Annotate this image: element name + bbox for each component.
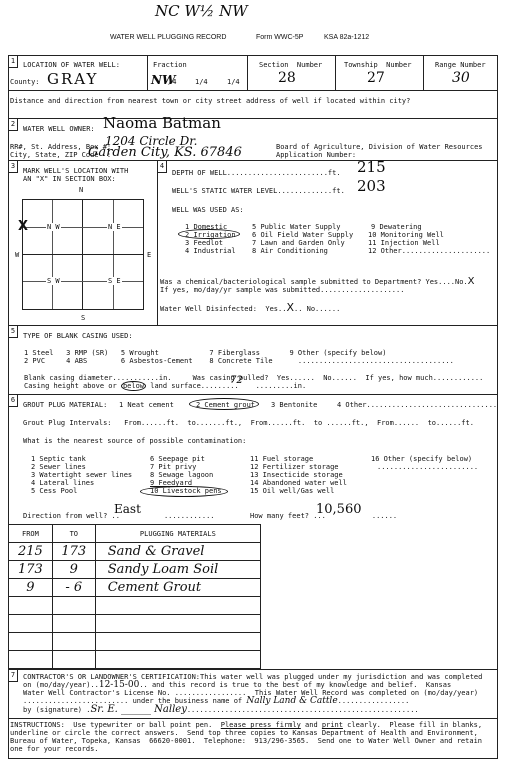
compass-west: W bbox=[15, 251, 19, 259]
quadrant-ne-label: N E bbox=[107, 223, 122, 231]
contamination-column-3: 11 Fuel storage 12 Fertilizer storage 13… bbox=[250, 455, 347, 495]
contam-option[interactable]: 15 Oil well/Gas well bbox=[250, 487, 347, 495]
cell-to[interactable]: 173 bbox=[52, 543, 95, 561]
cell-material[interactable] bbox=[95, 651, 260, 669]
cell-to[interactable] bbox=[52, 651, 95, 669]
contamination-column-4: 16 Other (specify below) ...............… bbox=[371, 455, 472, 471]
grout-option-neat-cement[interactable]: 1 Neat cement bbox=[119, 401, 174, 409]
use-option-4[interactable]: 4 Industrial bbox=[185, 247, 236, 255]
township-number-value: 27 bbox=[367, 70, 385, 86]
range-number-value: 30 bbox=[452, 70, 470, 86]
form-number: Form WWC-5P bbox=[256, 34, 303, 41]
quadrant-nw-label: N W bbox=[46, 223, 61, 231]
certification-line-2: on (mo/day/year)..12-15-00.. and this re… bbox=[23, 681, 451, 689]
cell-to[interactable]: 9 bbox=[52, 561, 95, 579]
contam-option[interactable]: 5 Cess Pool bbox=[31, 487, 132, 495]
contam-option[interactable]: 14 Abandoned water well bbox=[250, 479, 347, 487]
cell-material[interactable] bbox=[95, 615, 260, 633]
section-number-value: 28 bbox=[278, 70, 296, 86]
use-option-12[interactable]: 12 Other..................... bbox=[368, 247, 490, 255]
table-row bbox=[9, 597, 261, 615]
livestock-pens-selected-circle bbox=[140, 486, 228, 497]
section-2-number: 2 bbox=[9, 119, 18, 131]
section-box-label-line2: AN "X" IN SECTION BOX: bbox=[23, 175, 116, 183]
instructions-line-1: INSTRUCTIONS: Use typewriter or ball poi… bbox=[10, 721, 482, 729]
table-header-row: FROM TO PLUGGING MATERIALS bbox=[9, 525, 261, 543]
well-location-x-mark: X bbox=[18, 219, 28, 234]
cell-to[interactable] bbox=[52, 615, 95, 633]
depth-of-well-value: 215 bbox=[357, 158, 386, 176]
casing-types-row-2: 2 PVC 4 ABS 6 Asbestos-Cement 8 Concrete… bbox=[24, 357, 454, 365]
contam-option[interactable]: 8 Sewage lagoon bbox=[150, 471, 222, 479]
owner-value: Naoma Batman bbox=[103, 114, 221, 132]
certification-line-5: by (signature) .Sr. E. ______ Nalley....… bbox=[23, 706, 419, 714]
contam-option[interactable]: 13 Insecticide storage bbox=[250, 471, 347, 479]
grout-option-other[interactable]: 4 Other............................... bbox=[337, 401, 497, 409]
certification-line-4: ......................... under the busi… bbox=[23, 697, 409, 705]
cell-to[interactable] bbox=[52, 633, 95, 651]
grout-plug-material-label: GROUT PLUG MATERIAL: bbox=[23, 401, 107, 409]
table-row bbox=[9, 651, 261, 669]
fraction-label: Fraction bbox=[153, 61, 187, 69]
col-header-materials: PLUGGING MATERIALS bbox=[95, 525, 260, 543]
business-name-value: Nally Land & Cattle bbox=[246, 696, 337, 706]
casing-diameter-line: Blank casing diameter...........in. Was … bbox=[24, 374, 483, 382]
section-4-number: 4 bbox=[158, 161, 167, 173]
fraction-quarter-1: /4 bbox=[168, 78, 176, 86]
application-number-label: Application Number: bbox=[276, 151, 356, 159]
section-5-number: 5 bbox=[9, 326, 18, 338]
cell-to[interactable]: - 6 bbox=[52, 579, 95, 597]
location-label: LOCATION OF WATER WELL: bbox=[23, 61, 120, 69]
contam-option[interactable]: 6 Seepage pit bbox=[150, 455, 222, 463]
cell-from[interactable]: 215 bbox=[9, 543, 53, 561]
owner-label: WATER WELL OWNER: bbox=[23, 125, 95, 133]
col-header-from: FROM bbox=[9, 525, 53, 543]
blank-casing-label: TYPE OF BLANK CASING USED: bbox=[23, 332, 133, 340]
cell-material[interactable] bbox=[95, 633, 260, 651]
use-option-3[interactable]: 3 Feedlot bbox=[185, 239, 223, 247]
grout-option-bentonite[interactable]: 3 Bentonite bbox=[271, 401, 317, 409]
cell-from[interactable]: 173 bbox=[9, 561, 53, 579]
casing-types-row-1: 1 Steel 3 RMP (SR) 5 Wrought 7 Fiberglas… bbox=[24, 349, 386, 357]
cell-material[interactable]: Cement Grout bbox=[95, 579, 260, 597]
casing-height-value: 72 bbox=[230, 375, 243, 386]
section-6-number: 6 bbox=[9, 395, 18, 407]
contam-option[interactable]: 7 Pit privy bbox=[150, 463, 222, 471]
contam-option[interactable]: 16 Other (specify below) bbox=[371, 455, 472, 463]
section-box-label-line1: MARK WELL'S LOCATION WITH bbox=[23, 167, 128, 175]
table-row bbox=[9, 633, 261, 651]
quadrant-sw-label: S W bbox=[46, 277, 61, 285]
use-option-10[interactable]: 10 Monitoring Well bbox=[368, 231, 444, 239]
contam-option[interactable]: 2 Sewer lines bbox=[31, 463, 132, 471]
city-state-zip-value: Garden City, KS. 67846 bbox=[88, 145, 242, 160]
cell-material[interactable]: Sandy Loam Soil bbox=[95, 561, 260, 579]
instructions-line-2: underline or circle the correct answers.… bbox=[10, 729, 478, 737]
compass-south: S bbox=[81, 314, 85, 322]
cell-from[interactable] bbox=[9, 615, 53, 633]
below-circled-option: below bbox=[121, 381, 146, 391]
contam-option[interactable]: 12 Fertilizer storage bbox=[250, 463, 347, 471]
contamination-question: What is the nearest source of possible c… bbox=[23, 437, 246, 445]
col-header-to: TO bbox=[52, 525, 95, 543]
section-7-number: 7 bbox=[9, 670, 18, 682]
sample-no-mark: X bbox=[468, 276, 475, 287]
contam-option[interactable]: 3 Watertight sewer lines bbox=[31, 471, 132, 479]
contamination-column-1: 1 Septic tank 2 Sewer lines 3 Watertight… bbox=[31, 455, 132, 495]
contam-option[interactable]: 1 Septic tank bbox=[31, 455, 132, 463]
depth-of-well-label: DEPTH OF WELL........................ft. bbox=[172, 169, 341, 177]
table-row: 173 9 Sandy Loam Soil bbox=[9, 561, 261, 579]
table-row: 215 173 Sand & Gravel bbox=[9, 543, 261, 561]
instructions-line-4: one for your records. bbox=[10, 745, 99, 753]
sample-date-label: If yes, mo/day/yr sample was submitted..… bbox=[160, 286, 404, 294]
cell-material[interactable]: Sand & Gravel bbox=[95, 543, 260, 561]
quadrant-se-label: S E bbox=[107, 277, 122, 285]
cell-from[interactable] bbox=[9, 651, 53, 669]
well-used-as-label: WELL WAS USED AS: bbox=[172, 206, 244, 214]
county-label: County: bbox=[10, 78, 40, 86]
grout-plug-intervals: Grout Plug Intervals: From......ft. to..… bbox=[23, 419, 474, 427]
plugging-materials-table: FROM TO PLUGGING MATERIALS 215 173 Sand … bbox=[8, 524, 261, 669]
use-option-11[interactable]: 11 Injection Well bbox=[368, 239, 440, 247]
static-water-level-label: WELL'S STATIC WATER LEVEL.............ft… bbox=[172, 187, 345, 195]
cell-from[interactable]: 9 bbox=[9, 579, 53, 597]
disinfected-yes-mark: X bbox=[286, 301, 294, 314]
casing-height-line: Casing height above or below land surfac… bbox=[24, 382, 306, 390]
static-water-level-value: 203 bbox=[357, 177, 386, 195]
cement-grout-selected-circle bbox=[189, 398, 259, 410]
contam-other-blank: ........................ bbox=[377, 463, 478, 471]
section-location-grid[interactable] bbox=[22, 199, 144, 310]
cell-from[interactable] bbox=[9, 633, 53, 651]
township-number-label: Township Number bbox=[344, 61, 411, 69]
cell-to[interactable] bbox=[52, 597, 95, 615]
irrigation-selected-circle bbox=[178, 229, 240, 239]
county-value: GRAY bbox=[47, 70, 98, 88]
cell-from[interactable] bbox=[9, 597, 53, 615]
use-option-5[interactable]: 5 Public Water Supply bbox=[252, 223, 341, 231]
signature-value: Sr. E. ______ Nalley bbox=[90, 704, 186, 715]
range-number-label: Range Number bbox=[435, 61, 486, 69]
section-3-number: 3 bbox=[9, 161, 18, 173]
form-title: WATER WELL PLUGGING RECORD bbox=[110, 34, 226, 41]
instructions-line-3: Bureau of Water, Topeka, Kansas 66620-00… bbox=[10, 737, 482, 745]
statute-reference: KSA 82a-1212 bbox=[324, 34, 369, 41]
certification-line-1: CONTRACTOR'S OR LANDOWNER'S CERTIFICATIO… bbox=[23, 673, 482, 681]
compass-north: N bbox=[79, 186, 83, 194]
fraction-quarter-2: 1/4 bbox=[195, 78, 208, 86]
direction-from-well-value: East bbox=[114, 502, 141, 516]
well-disinfected-line: Water Well Disinfected: Yes..X.. No.....… bbox=[160, 304, 340, 313]
table-row: 9 - 6 Cement Grout bbox=[9, 579, 261, 597]
use-option-8[interactable]: 8 Air Conditioning bbox=[252, 247, 328, 255]
contam-option[interactable]: 11 Fuel storage bbox=[250, 455, 347, 463]
table-row bbox=[9, 615, 261, 633]
section-number-label: Section Number bbox=[259, 61, 322, 69]
handwritten-header-note: NC W½ NW bbox=[155, 2, 248, 20]
cell-material[interactable] bbox=[95, 597, 260, 615]
how-many-feet-value: 10,560 bbox=[316, 502, 362, 517]
board-of-agriculture-label: Board of Agriculture, Division of Water … bbox=[276, 143, 483, 151]
compass-east: E bbox=[147, 251, 151, 259]
use-option-6[interactable]: 6 Oil Field Water Supply bbox=[252, 231, 353, 239]
use-option-7[interactable]: 7 Lawn and Garden Only bbox=[252, 239, 345, 247]
fraction-quarter-3: 1/4 bbox=[227, 78, 240, 86]
use-option-9[interactable]: 9 Dewatering bbox=[371, 223, 422, 231]
distance-question: Distance and direction from nearest town… bbox=[10, 97, 410, 105]
contam-option[interactable]: 4 Lateral lines bbox=[31, 479, 132, 487]
section-1-number: 1 bbox=[9, 56, 18, 68]
sample-submitted-question: Was a chemical/bacteriological sample su… bbox=[160, 278, 475, 286]
